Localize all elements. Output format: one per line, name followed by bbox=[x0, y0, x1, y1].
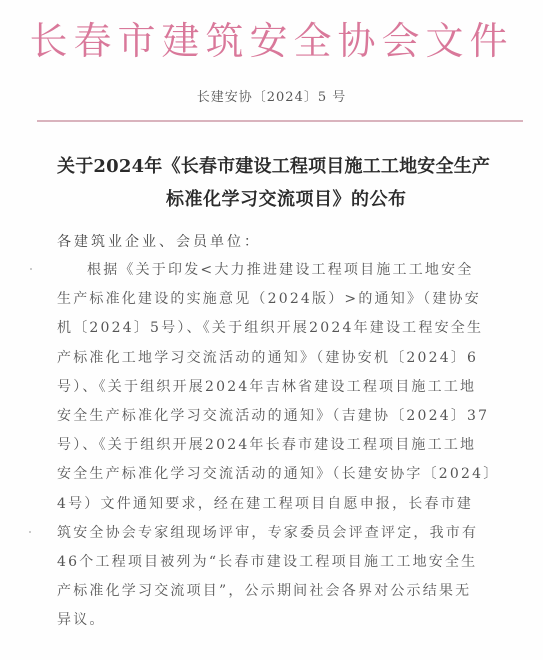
scan-artifact-dot bbox=[30, 268, 32, 270]
body-line: 安全生产标准化学习交流活动的通知》（吉建协〔2024〕37 bbox=[57, 404, 497, 433]
body-line: 安全生产标准化学习交流活动的通知》（长建安协字〔2024〕 bbox=[57, 462, 497, 491]
body-line: 异议。 bbox=[57, 608, 497, 637]
scan-artifact-dot bbox=[29, 531, 31, 533]
body-paragraph: 根据《关于印发<大力推进建设工程项目施工工地安全 生产标准化建设的实施意见（20… bbox=[57, 258, 497, 637]
doc-number: 长建安协〔2024〕5 号 bbox=[0, 88, 543, 108]
document-page: 长春市建筑安全协会文件 长建安协〔2024〕5 号 关于2024年《长春市建设工… bbox=[0, 0, 543, 660]
notice-title-line-1: 关于2024年《长春市建设工程项目施工工地安全生产 bbox=[0, 150, 543, 183]
header-divider bbox=[37, 120, 523, 122]
body-line: 机〔2024〕5号）、《关于组织开展2024年建设工程安全生 bbox=[57, 316, 497, 345]
salutation: 各建筑业企业、会员单位： bbox=[57, 231, 261, 253]
body-line: 4号）文件通知要求，经在建工程项目自愿申报，长春市建 bbox=[57, 492, 497, 521]
body-line: 号）、《关于组织开展2024年长春市建设工程项目施工工地 bbox=[57, 433, 497, 462]
body-line: 产标准化学习交流项目”，公示期间社会各界对公示结果无 bbox=[57, 579, 497, 608]
body-line: 根据《关于印发<大力推进建设工程项目施工工地安全 bbox=[57, 258, 497, 287]
body-line: 号）、《关于组织开展2024年吉林省建设工程项目施工工地 bbox=[57, 375, 497, 404]
org-title: 长春市建筑安全协会文件 bbox=[0, 16, 543, 66]
body-line: 生产标准化建设的实施意见（2024版）>的通知》（建协安 bbox=[57, 287, 497, 316]
body-line: 筑安全协会专家组现场评审，专家委员会评查评定，我市有 bbox=[57, 521, 497, 550]
notice-title-line-2: 标准化学习交流项目》的公布 bbox=[0, 183, 543, 216]
body-line: 产标准化工地学习交流活动的通知》（建协安机〔2024〕6 bbox=[57, 346, 497, 375]
notice-title: 关于2024年《长春市建设工程项目施工工地安全生产 标准化学习交流项目》的公布 bbox=[0, 150, 543, 216]
body-line: 46个工程项目被列为“长春市建设工程项目施工工地安全生 bbox=[57, 550, 497, 579]
